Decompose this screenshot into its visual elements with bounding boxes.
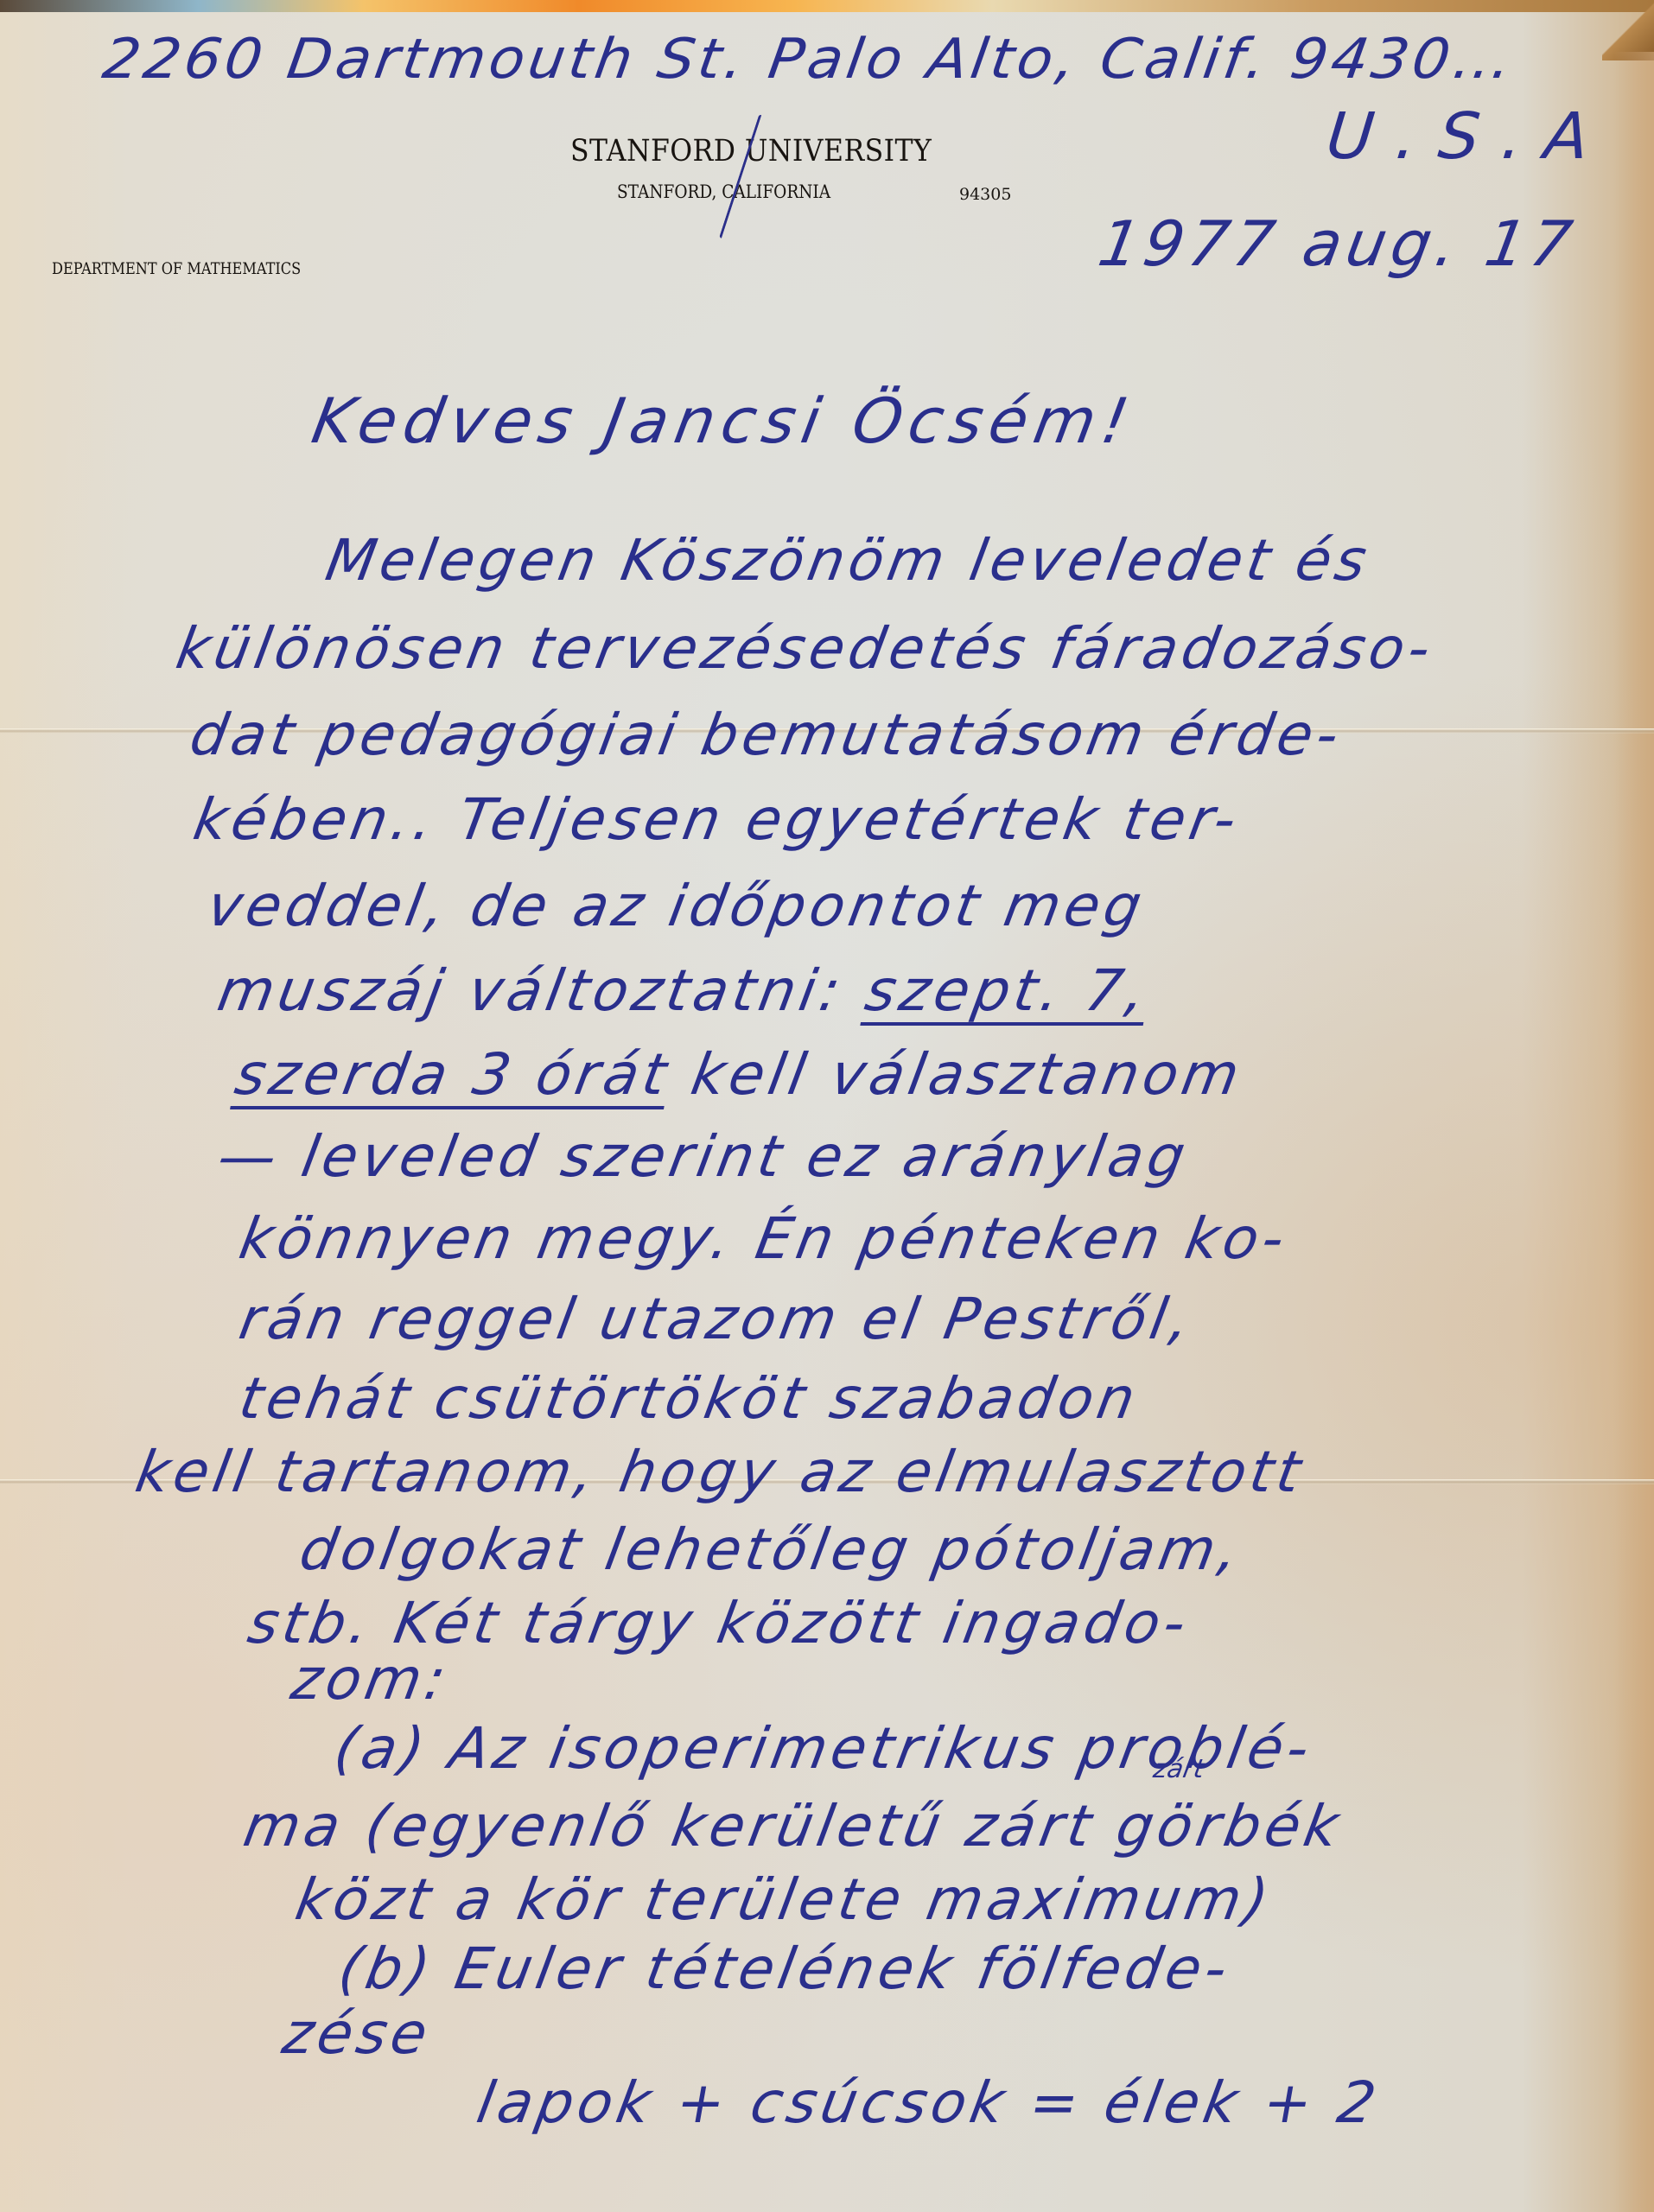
sender-country: U.S.A <box>1323 99 1615 174</box>
stained-right-edge <box>1614 52 1654 2212</box>
body-line: zom: <box>286 1646 455 1713</box>
body-line: — leveled szerint ez aránylag <box>213 1123 1194 1190</box>
body-line: kell tartanom, hogy az elmulasztott <box>130 1439 1309 1505</box>
list-item-b: (b) Euler tételének fölfede- <box>334 1935 1236 2002</box>
body-line: különösen tervezésedetés fáradozáso- <box>171 615 1439 682</box>
scanned-letter-page: 2260 Dartmouth St. Palo Alto, Calif. 943… <box>0 0 1654 2212</box>
body-line: dolgokat lehetőleg pótoljam, <box>295 1516 1247 1583</box>
body-line: könnyen megy. Én pénteken ko- <box>234 1205 1293 1272</box>
list-item-a-continued: ma (egyenlő kerületű zárt görbék <box>239 1793 1347 1859</box>
torn-top-edge <box>0 0 1654 12</box>
body-line: dat pedagógiai bemutatásom érde- <box>185 702 1347 768</box>
body-line: kében.. Teljesen egyetértek ter- <box>188 786 1245 853</box>
underlined-phrase: szept. 7, <box>861 957 1155 1024</box>
letterhead-department: DEPARTMENT OF MATHEMATICS <box>52 259 301 278</box>
list-item-a-continued: közt a kör területe maximum) <box>290 1866 1277 1933</box>
letterhead-zip: 94305 <box>959 185 1011 204</box>
sender-address: 2260 Dartmouth St. Palo Alto, Calif. 943… <box>99 28 1519 92</box>
body-line: Melegen Köszönöm leveledet és <box>321 527 1375 594</box>
salutation: Kedves Jancsi Öcsém! <box>307 385 1141 457</box>
body-line: szerda 3 órát kell választanom <box>230 1041 1248 1108</box>
body-line: tehát csütörtököt szabadon <box>234 1365 1144 1432</box>
euler-formula: lapok + csúcsok = élek + 2 <box>472 2069 1384 2136</box>
list-item-b-continued: zése <box>277 2000 436 2067</box>
inserted-word: zárt <box>1151 1754 1206 1784</box>
body-line: rán reggel utazom el Pestről, <box>234 1286 1199 1352</box>
body-line: muszáj változtatni: szept. 7, <box>213 957 1155 1024</box>
underlined-phrase: szerda 3 órát <box>230 1041 675 1108</box>
letter-date: 1977 aug. 17 <box>1093 207 1582 280</box>
letterhead-address: STANFORD, CALIFORNIA <box>617 181 830 202</box>
body-line: veddel, de az időpontot meg <box>202 873 1150 939</box>
